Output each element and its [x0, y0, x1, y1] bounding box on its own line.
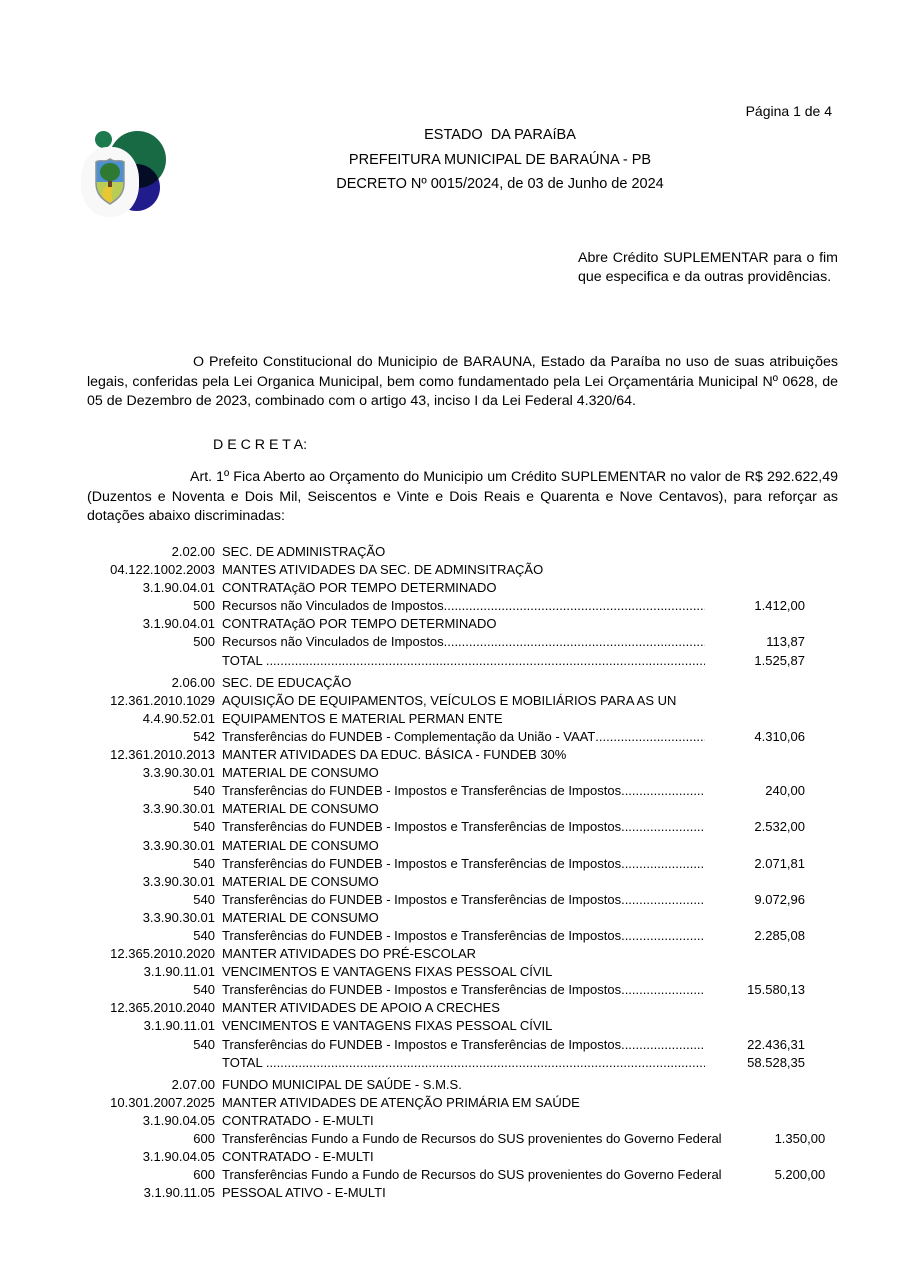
table-row: 3.1.90.04.05 CONTRATADO - E-MULTI [87, 1148, 805, 1166]
budget-code: 2.06.00 [87, 674, 215, 692]
budget-amount: 1.412,00 [705, 597, 805, 615]
letterhead-decree-title: DECRETO Nº 0015/2024, de 03 de Junho de … [100, 172, 900, 197]
budget-amount: 5.200,00 [725, 1166, 825, 1184]
table-row: 10.301.2007.2025 MANTER ATIVIDADES DE AT… [87, 1094, 805, 1112]
table-row: 3.3.90.30.01 MATERIAL DE CONSUMO [87, 800, 805, 818]
budget-description: PESSOAL ATIVO - E-MULTI [222, 1184, 386, 1202]
budget-description: Transferências Fundo a Fundo de Recursos… [222, 1130, 725, 1148]
dot-leader [595, 728, 705, 746]
budget-description: VENCIMENTOS E VANTAGENS FIXAS PESSOAL CÍ… [222, 1017, 552, 1035]
budget-code: 3.1.90.11.01 [87, 1017, 215, 1035]
budget-table: 2.02.00 SEC. DE ADMINISTRAÇÃO 04.122.100… [87, 543, 805, 1202]
dot-leader [621, 981, 705, 999]
budget-amount: 1.350,00 [725, 1130, 825, 1148]
budget-code: 3.3.90.30.01 [87, 800, 215, 818]
budget-code: 2.02.00 [87, 543, 215, 561]
table-row: 12.365.2010.2040 MANTER ATIVIDADES DE AP… [87, 999, 805, 1017]
table-row: 2.02.00 SEC. DE ADMINISTRAÇÃO [87, 543, 805, 561]
budget-code: 3.1.90.11.05 [87, 1184, 215, 1202]
budget-description: CONTRATADO - E-MULTI [222, 1112, 374, 1130]
table-row: 3.1.90.04.01 CONTRATAçãO POR TEMPO DETER… [87, 579, 805, 597]
decreta-heading: D E C R E T A: [213, 437, 307, 453]
budget-amount: 2.071,81 [705, 855, 805, 873]
budget-code: 3.3.90.30.01 [87, 837, 215, 855]
table-row: 3.3.90.30.01 MATERIAL DE CONSUMO [87, 764, 805, 782]
table-row: 3.1.90.11.05 PESSOAL ATIVO - E-MULTI [87, 1184, 805, 1202]
table-row: 540 Transferências do FUNDEB - Impostos … [87, 782, 805, 800]
table-row: 3.1.90.04.05 CONTRATADO - E-MULTI [87, 1112, 805, 1130]
article-1-paragraph: Art. 1º Fica Aberto ao Orçamento do Muni… [87, 468, 838, 527]
table-row: 540 Transferências do FUNDEB - Impostos … [87, 891, 805, 909]
budget-description: FUNDO MUNICIPAL DE SAÚDE - S.M.S. [222, 1076, 462, 1094]
table-row: 540 Transferências do FUNDEB - Impostos … [87, 1036, 805, 1054]
budget-code: 540 [87, 891, 215, 909]
budget-description: Recursos não Vinculados de Impostos [222, 633, 444, 651]
budget-description: MATERIAL DE CONSUMO [222, 873, 379, 891]
table-row: 3.1.90.11.01 VENCIMENTOS E VANTAGENS FIX… [87, 1017, 805, 1035]
budget-code: 3.1.90.04.05 [87, 1148, 215, 1166]
budget-code: 3.1.90.04.01 [87, 615, 215, 633]
table-row: 3.1.90.11.01 VENCIMENTOS E VANTAGENS FIX… [87, 963, 805, 981]
table-row: 500 Recursos não Vinculados de Impostos … [87, 597, 805, 615]
budget-description: Transferências do FUNDEB - Impostos e Tr… [222, 782, 621, 800]
letterhead: ESTADO DA PARAíBA PREFEITURA MUNICIPAL D… [100, 123, 900, 197]
budget-code: 540 [87, 927, 215, 945]
budget-description: CONTRATAçãO POR TEMPO DETERMINADO [222, 579, 496, 597]
preamble-paragraph: O Prefeito Constitucional do Municipio d… [87, 353, 838, 412]
dot-leader [621, 818, 705, 836]
budget-description: TOTAL [222, 652, 266, 670]
decree-document-page: Página 1 de 4 [0, 0, 900, 1273]
budget-description: CONTRATAçãO POR TEMPO DETERMINADO [222, 615, 496, 633]
budget-description: SEC. DE EDUCAÇÃO [222, 674, 351, 692]
letterhead-municipality: PREFEITURA MUNICIPAL DE BARAÚNA - PB [100, 148, 900, 173]
budget-description: Transferências do FUNDEB - Impostos e Tr… [222, 1036, 621, 1054]
budget-description: SEC. DE ADMINISTRAÇÃO [222, 543, 385, 561]
budget-code: 542 [87, 728, 215, 746]
budget-code: 3.3.90.30.01 [87, 909, 215, 927]
budget-description: MATERIAL DE CONSUMO [222, 909, 379, 927]
budget-amount: 240,00 [705, 782, 805, 800]
budget-code: 600 [87, 1166, 215, 1184]
budget-description: TOTAL [222, 1054, 266, 1072]
budget-description: MANTES ATIVIDADES DA SEC. DE ADMINSITRAÇ… [222, 561, 543, 579]
dot-leader [621, 855, 705, 873]
table-row: 542 Transferências do FUNDEB - Complemen… [87, 728, 805, 746]
budget-description: Transferências do FUNDEB - Impostos e Tr… [222, 855, 621, 873]
budget-amount: 22.436,31 [705, 1036, 805, 1054]
budget-amount: 4.310,06 [705, 728, 805, 746]
budget-amount: 1.525,87 [705, 652, 805, 670]
budget-description: MANTER ATIVIDADES DO PRÉ-ESCOLAR [222, 945, 476, 963]
budget-code: 540 [87, 818, 215, 836]
budget-code: 04.122.1002.2003 [87, 561, 215, 579]
budget-amount: 58.528,35 [705, 1054, 805, 1072]
budget-code: 10.301.2007.2025 [87, 1094, 215, 1112]
budget-code: 540 [87, 855, 215, 873]
budget-code: 540 [87, 1036, 215, 1054]
budget-description: MANTER ATIVIDADES DE APOIO A CRECHES [222, 999, 500, 1017]
budget-description: Transferências do FUNDEB - Impostos e Tr… [222, 891, 621, 909]
table-row: 540 Transferências do FUNDEB - Impostos … [87, 855, 805, 873]
budget-code: 12.365.2010.2020 [87, 945, 215, 963]
table-row: TOTAL 58.528,35 [87, 1054, 805, 1072]
table-row: 3.1.90.04.01 CONTRATAçãO POR TEMPO DETER… [87, 615, 805, 633]
budget-code: 3.1.90.11.01 [87, 963, 215, 981]
dot-leader [621, 1036, 705, 1054]
budget-amount: 15.580,13 [705, 981, 805, 999]
budget-code: 12.361.2010.2013 [87, 746, 215, 764]
budget-amount: 9.072,96 [705, 891, 805, 909]
budget-description: MATERIAL DE CONSUMO [222, 800, 379, 818]
budget-code: 2.07.00 [87, 1076, 215, 1094]
budget-code: 600 [87, 1130, 215, 1148]
table-row: 540 Transferências do FUNDEB - Impostos … [87, 818, 805, 836]
budget-description: Recursos não Vinculados de Impostos [222, 597, 444, 615]
budget-code: 12.365.2010.2040 [87, 999, 215, 1017]
table-row: 600 Transferências Fundo a Fundo de Recu… [87, 1130, 805, 1148]
budget-description: MANTER ATIVIDADES DE ATENÇÃO PRIMÁRIA EM… [222, 1094, 580, 1112]
table-row: 3.3.90.30.01 MATERIAL DE CONSUMO [87, 873, 805, 891]
budget-description: Transferências do FUNDEB - Complementaçã… [222, 728, 595, 746]
budget-description: EQUIPAMENTOS E MATERIAL PERMAN ENTE [222, 710, 503, 728]
table-row: 500 Recursos não Vinculados de Impostos … [87, 633, 805, 651]
budget-description: VENCIMENTOS E VANTAGENS FIXAS PESSOAL CÍ… [222, 963, 552, 981]
budget-description: Transferências do FUNDEB - Impostos e Tr… [222, 927, 621, 945]
table-row: 12.365.2010.2020 MANTER ATIVIDADES DO PR… [87, 945, 805, 963]
table-row: 3.3.90.30.01 MATERIAL DE CONSUMO [87, 909, 805, 927]
budget-description: Transferências do FUNDEB - Impostos e Tr… [222, 981, 621, 999]
budget-description: MATERIAL DE CONSUMO [222, 837, 379, 855]
budget-description: AQUISIÇÃO DE EQUIPAMENTOS, VEÍCULOS E MO… [222, 692, 676, 710]
table-row: 2.06.00 SEC. DE EDUCAÇÃO [87, 674, 805, 692]
dot-leader [621, 891, 705, 909]
budget-code: 3.1.90.04.01 [87, 579, 215, 597]
dot-leader [444, 633, 705, 651]
budget-amount: 113,87 [705, 633, 805, 651]
budget-code: 500 [87, 597, 215, 615]
budget-code: 3.1.90.04.05 [87, 1112, 215, 1130]
dot-leader [266, 1054, 705, 1072]
budget-description: Transferências do FUNDEB - Impostos e Tr… [222, 818, 621, 836]
table-row: 2.07.00 FUNDO MUNICIPAL DE SAÚDE - S.M.S… [87, 1076, 805, 1094]
letterhead-state: ESTADO DA PARAíBA [100, 123, 900, 148]
table-row: 04.122.1002.2003 MANTES ATIVIDADES DA SE… [87, 561, 805, 579]
decree-summary: Abre Crédito SUPLEMENTAR para o fim que … [578, 249, 838, 288]
table-row: TOTAL 1.525,87 [87, 652, 805, 670]
budget-amount: 2.532,00 [705, 818, 805, 836]
table-row: 12.361.2010.2013 MANTER ATIVIDADES DA ED… [87, 746, 805, 764]
dot-leader [621, 927, 705, 945]
page-number: Página 1 de 4 [746, 103, 832, 119]
budget-description: MANTER ATIVIDADES DA EDUC. BÁSICA - FUND… [222, 746, 566, 764]
budget-code: 500 [87, 633, 215, 651]
table-row: 540 Transferências do FUNDEB - Impostos … [87, 927, 805, 945]
table-row: 4.4.90.52.01 EQUIPAMENTOS E MATERIAL PER… [87, 710, 805, 728]
budget-code: 4.4.90.52.01 [87, 710, 215, 728]
table-row: 3.3.90.30.01 MATERIAL DE CONSUMO [87, 837, 805, 855]
dot-leader [621, 782, 705, 800]
budget-description: MATERIAL DE CONSUMO [222, 764, 379, 782]
table-row: 12.361.2010.1029 AQUISIÇÃO DE EQUIPAMENT… [87, 692, 805, 710]
dot-leader [444, 597, 705, 615]
dot-leader [266, 652, 705, 670]
table-row: 540 Transferências do FUNDEB - Impostos … [87, 981, 805, 999]
budget-amount: 2.285,08 [705, 927, 805, 945]
budget-description: CONTRATADO - E-MULTI [222, 1148, 374, 1166]
budget-code: 12.361.2010.1029 [87, 692, 215, 710]
budget-code: 3.3.90.30.01 [87, 764, 215, 782]
budget-description: Transferências Fundo a Fundo de Recursos… [222, 1166, 725, 1184]
table-row: 600 Transferências Fundo a Fundo de Recu… [87, 1166, 805, 1184]
budget-code: 540 [87, 981, 215, 999]
budget-code: 540 [87, 782, 215, 800]
budget-code: 3.3.90.30.01 [87, 873, 215, 891]
